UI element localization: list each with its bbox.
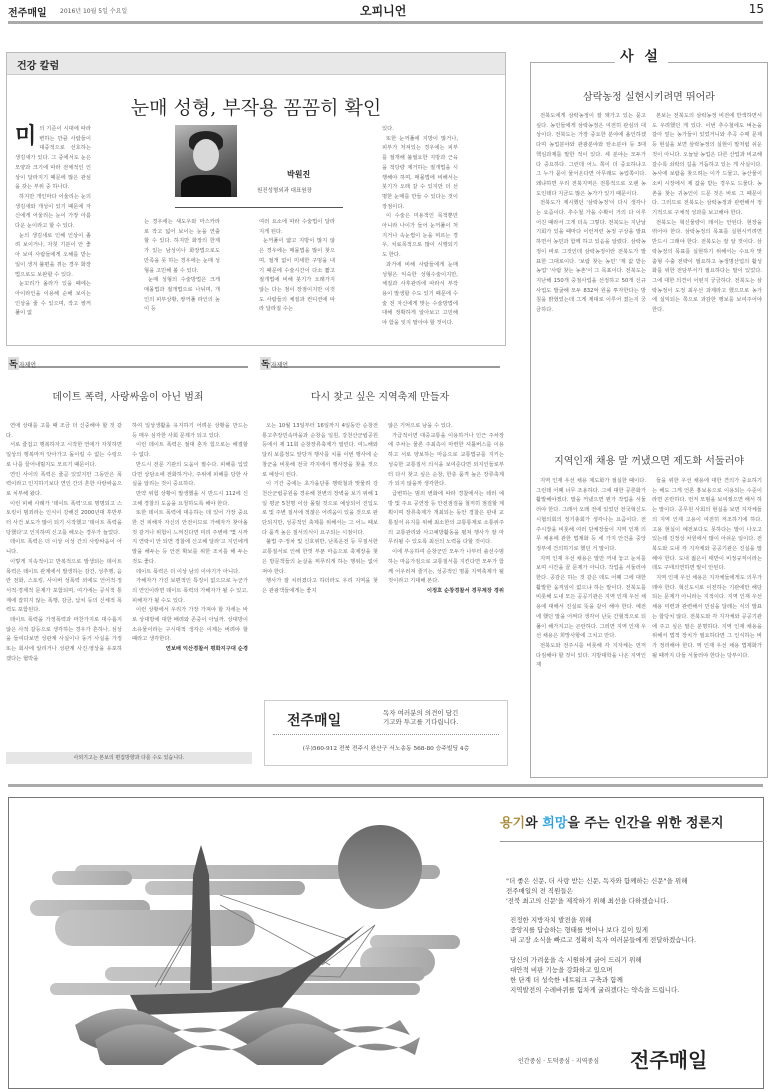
contact-logo: 전주매일 — [287, 710, 341, 730]
section-title: 오피니언 — [360, 2, 406, 19]
editorial-title-1: 삼락농정 실현시키려면 뛰어라 — [530, 88, 768, 103]
reader-section-header-1: 독자제언 — [8, 352, 248, 368]
author-photo — [175, 125, 237, 197]
reader-section-header-2: 독자제언 — [260, 352, 500, 368]
ship-illustration-icon — [30, 815, 470, 1065]
health-col-4: 있다. 또한 눈꺼풀에 지방이 많거나, 피부가 처져있는 경우에는 피부를 절… — [382, 125, 458, 329]
author-rule — [175, 207, 343, 208]
health-column-title: 눈매 성형, 부작용 꼼꼼히 확인 — [7, 93, 505, 120]
ad-slogan: 용기와 희망을 주는 인간을 위한 정론지 — [500, 812, 724, 831]
issue-date: 2016년 10월 5일 수요일 — [60, 6, 127, 15]
ad-paragraph-1: "더 좋은 신문, 더 사랑 받는 신문, 독자와 함께하는 신문"을 위해 전… — [506, 876, 687, 906]
health-column-label: 건강 칼럼 — [17, 57, 59, 72]
reader-byline-1: 연보배 익산경찰서 평화지구대 순경 — [132, 645, 248, 655]
reader-2-col-2: 않은 기억으로 남을 수 있다. 가급적이면 대중교통을 이용하거나 인근 주차… — [388, 422, 504, 597]
editorial-label: 사 설 — [620, 46, 661, 66]
section-rule — [8, 784, 763, 787]
reader-title-1: 데이트 폭력, 사랑싸움이 아닌 범죄 — [8, 388, 248, 403]
dotted-divider — [273, 734, 499, 735]
dropcap: 미 — [15, 126, 36, 146]
contact-address: (우)560-912 전북 전주시 완산구 서노송동 568-80 승주빌딩 4… — [265, 743, 507, 752]
editorial-2-col-2: 들을 위한 우선 채용에 대한 견의가 중요하기는 해도 그게 언론 홍보용으로… — [652, 477, 762, 661]
reader-2-col-1: 오는 10월 13일부터 16일까지 4일동안 순창전통고추장민속마을과 순창읍… — [262, 422, 378, 597]
health-col-2: 는 경우에는 섀도우와 마스카라로 작고 넓어 보이는 눈을 연출 할 수 있다… — [144, 218, 220, 315]
masthead-logo: 전주매일 — [8, 4, 47, 19]
header-rule — [8, 21, 763, 24]
ad-footer-logo: 전주매일 — [630, 1044, 707, 1073]
health-column-bar — [7, 53, 505, 75]
author-name: 박원진 — [287, 169, 310, 180]
health-col-3: 여러 요소에 따라 수술법이 달라지게 된다. 눈꺼풀이 얇고 지방이 많지 않… — [259, 218, 335, 315]
ad-footer-tagline: 인간중심 · 도덕중심 · 지역중심 — [518, 1056, 599, 1065]
submission-box: 전주매일 독자 여러분의 의견이 담긴 기고와 투고를 기다립니다. (우)56… — [264, 700, 508, 766]
ad-paragraph-3: 당신의 가려움을 속 시원하게 긁어 드리기 위해 대안적 비판 기능을 강화하… — [510, 955, 679, 995]
health-col-1: 미 의 기준이 시대에 따라 변하는 만큼 사람들이 대중적으로 선호하는 생김… — [15, 125, 91, 319]
ad-paragraph-2: 진정한 지방자치 발전을 위해 중앙지를 답습하는 형태를 벗어나 보다 깊이 … — [510, 915, 696, 945]
editorial-1-col-1: 전북도에게 삼락농정이 잘 돼가고 있는 묻고 싶다. 농민들에게 삼락농정은 … — [536, 112, 646, 316]
editorial-2-col-1: 지역 인재 우선 채용 제도화가 절실한 때이다. 그런데 어째 너무 조용하다… — [536, 477, 646, 671]
editorial-title-2: 지역인재 채용 말 꺼냈으면 제도화 서둘러야 — [530, 452, 768, 467]
contact-message: 독자 여러분의 의견이 담긴 기고와 투고를 기다립니다. — [383, 709, 458, 727]
editorial-1-col-2: 본보는 전북도의 삼락농정 비전에 반색하면서도 우려했던 게 있다. 이번 추… — [652, 112, 762, 316]
reader-title-2: 다시 찾고 싶은 지역축제 만들자 — [260, 388, 500, 403]
ad-rule — [500, 841, 764, 842]
reader-1-col-2: 하여 일상생활을 유지하기 어려운 상황을 만드는 등 매우 심각한 사회 문제… — [132, 422, 248, 655]
reader-1-col-1: 연애 상대를 고를 때 조금 더 신중해야 할 것 같다. 서로 즐겁고 행복하… — [6, 422, 122, 665]
disclaimer-notice: 사외기고는 본보의 편집방향과 다를 수도 있습니다. — [6, 752, 252, 764]
health-column: 건강 칼럼 눈매 성형, 부작용 꼼꼼히 확인 미 의 기준이 시대에 따라 변… — [6, 52, 506, 346]
page-number: 15 — [749, 2, 764, 16]
reader-byline-2: 이정호 순창경찰서 경무계장 경위 — [388, 587, 504, 597]
author-title: 원진성형외과 대표원장 — [257, 186, 312, 194]
